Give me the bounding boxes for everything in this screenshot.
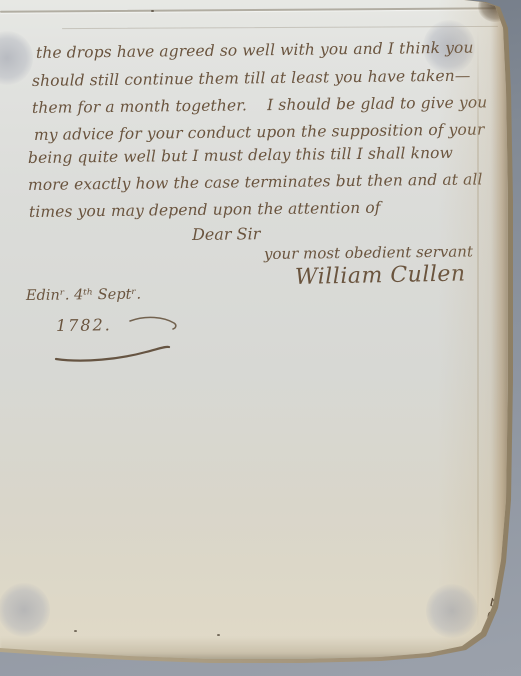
signature: William Cullen — [295, 262, 466, 290]
pen-dash-flourish — [128, 314, 182, 332]
crease-line — [0, 7, 501, 12]
letter-line: should still continue them till at least… — [32, 68, 471, 90]
letter-page: the drops have agreed so well with you a… — [0, 0, 521, 676]
smudge-mark — [0, 31, 33, 85]
letter-line: the drops have agreed so well with you a… — [36, 40, 474, 62]
letter-line: times you may depend upon the attention … — [29, 200, 381, 221]
dateline-year: 1782. — [56, 316, 112, 334]
ink-speck — [151, 10, 154, 12]
letter-line: them for a month together. I should be g… — [32, 94, 487, 117]
letter-line: my advice for your conduct upon the supp… — [34, 121, 485, 144]
letter-line: being quite well but I must delay this t… — [28, 145, 453, 167]
valediction: your most obedient servant — [264, 243, 473, 262]
page-edge-shading — [0, 637, 512, 661]
smudge-mark — [0, 583, 50, 637]
salutation: Dear Sir — [192, 225, 261, 243]
smudge-mark — [426, 584, 478, 638]
dateline-place: Edinʳ. 4ᵗʰ Septʳ. — [26, 288, 141, 305]
ink-speck — [217, 634, 220, 636]
ink-speck — [74, 630, 77, 632]
letter-line: more exactly how the case terminates but… — [28, 171, 483, 194]
scanned-letter: the drops have agreed so well with you a… — [0, 0, 521, 676]
pen-underline-flourish — [54, 342, 172, 364]
